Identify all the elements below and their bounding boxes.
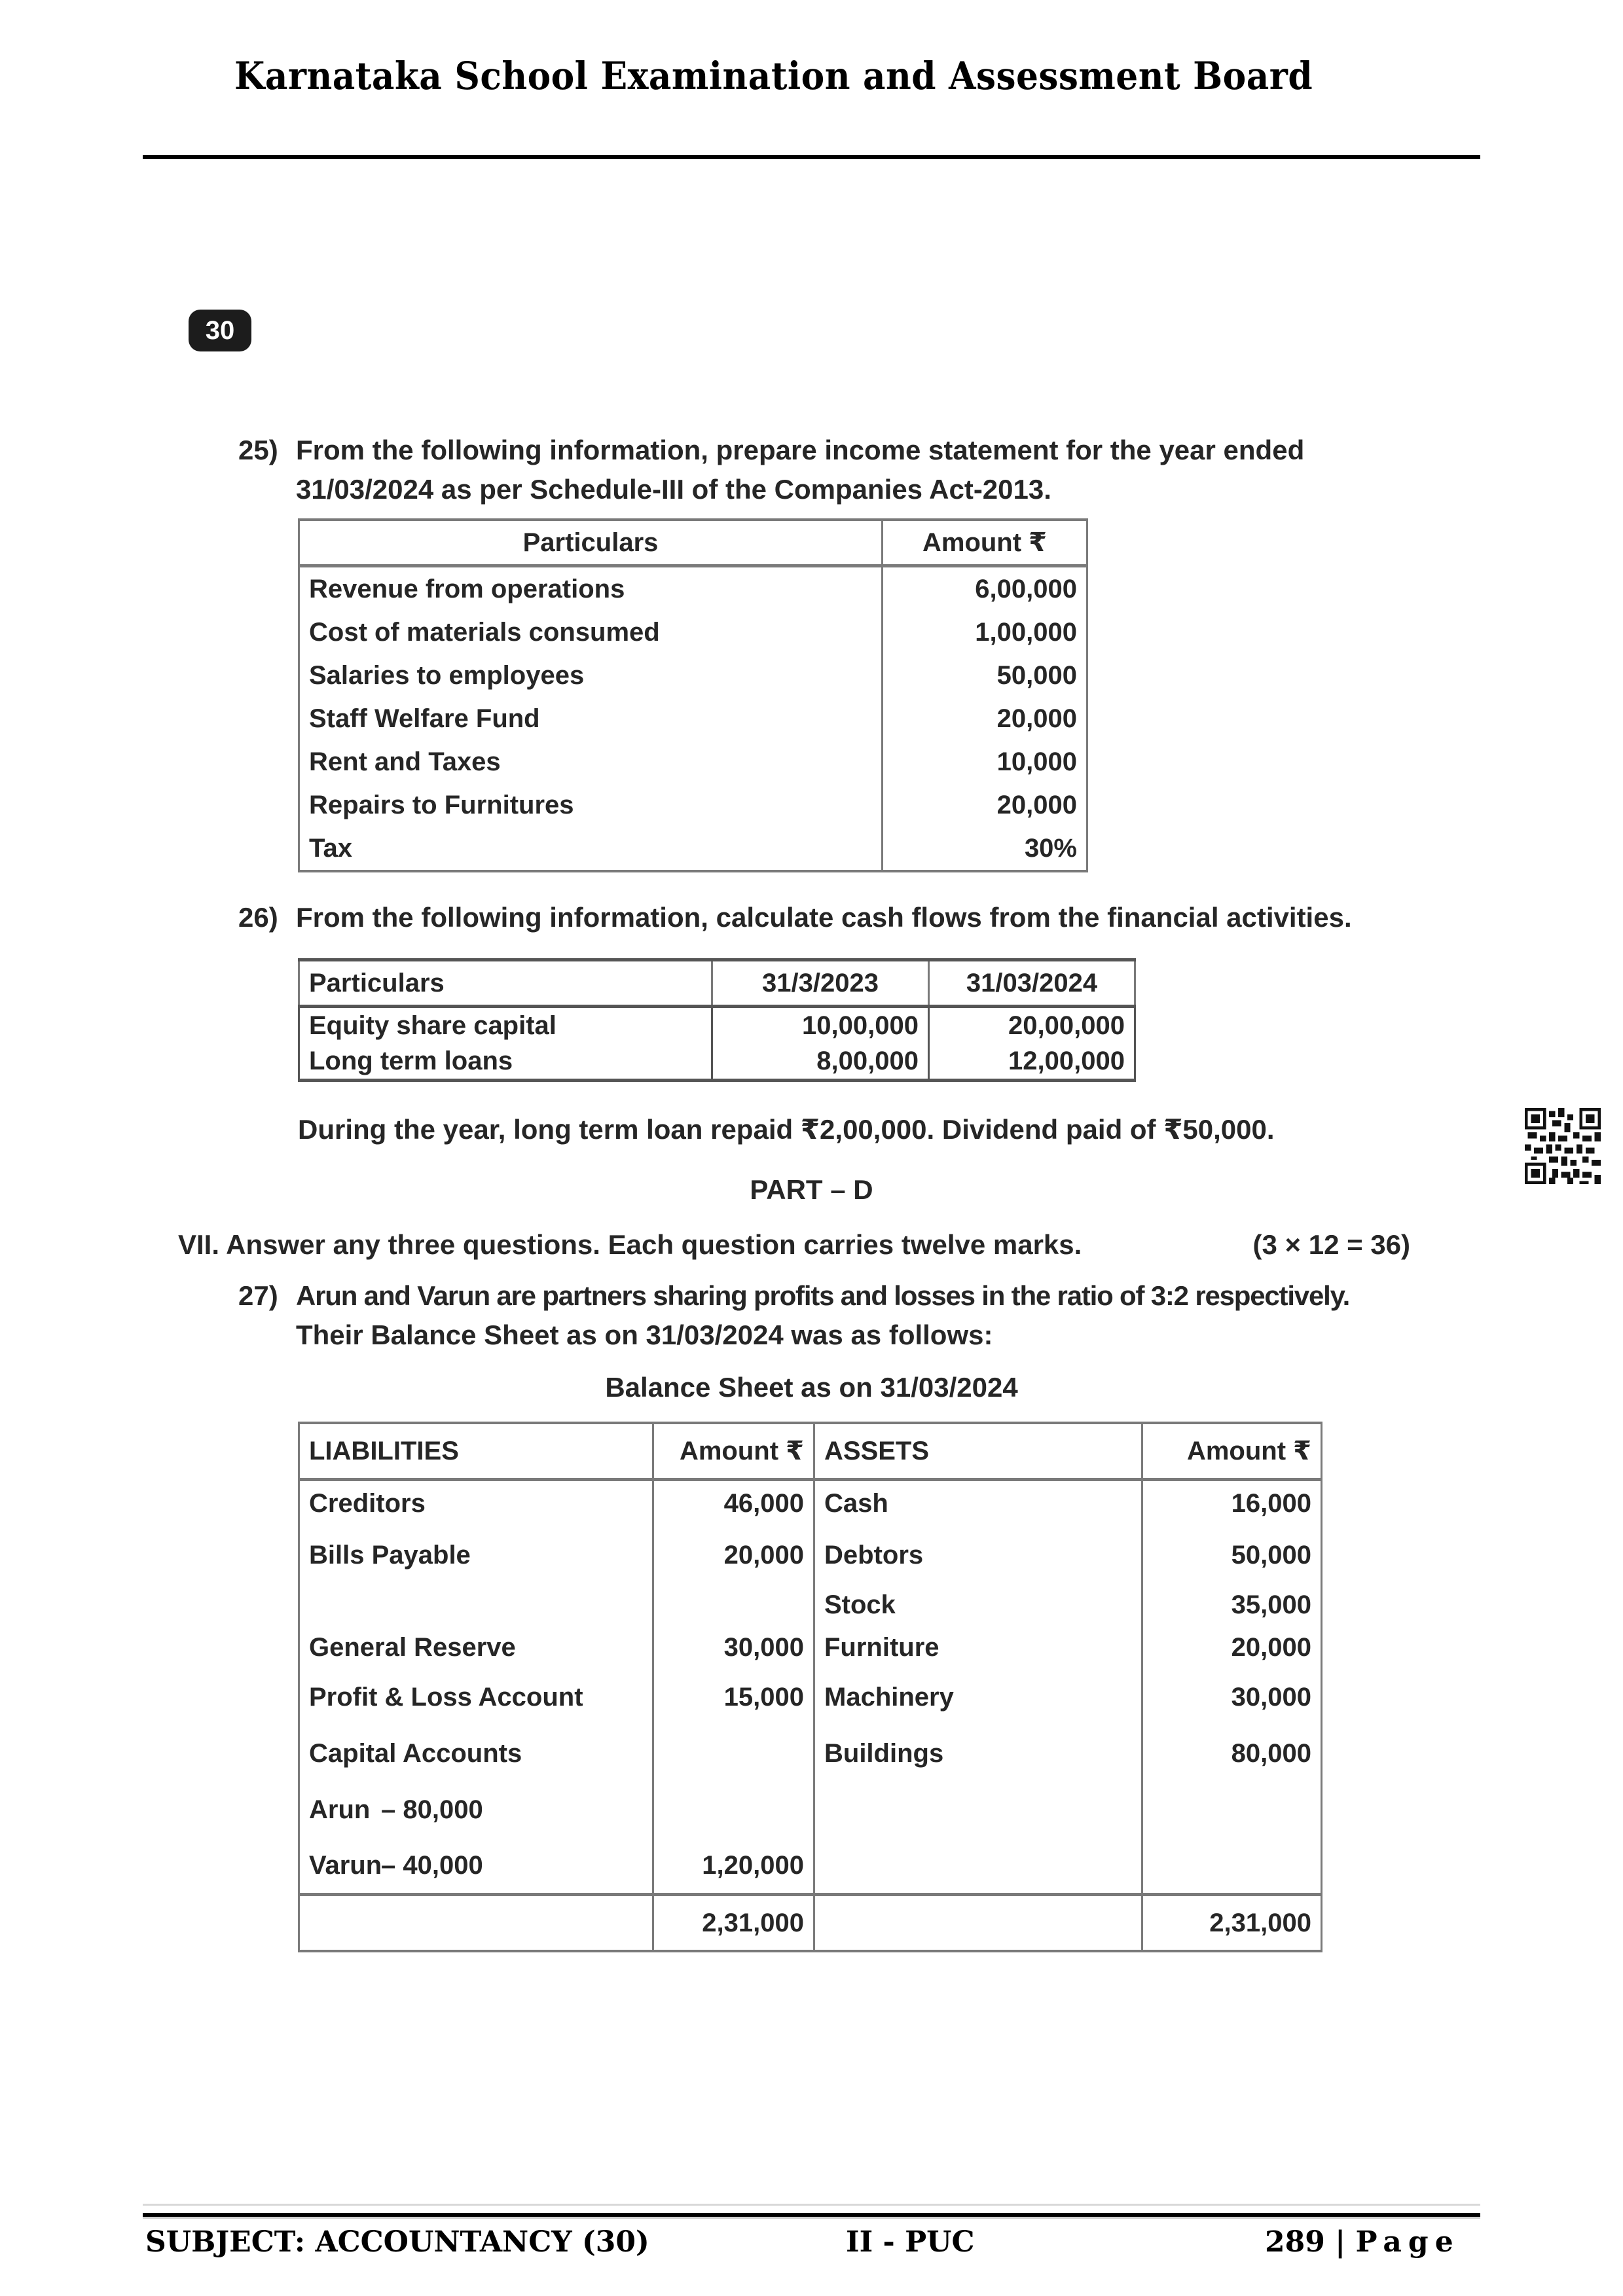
question-number: 27) (238, 1276, 296, 1316)
asset-amount-cell (1142, 1782, 1322, 1839)
particulars-cell: Equity share capital (299, 1007, 712, 1044)
table-row: Tax30% (299, 827, 1087, 871)
partner-row: Varun– 40,0001,20,000 (299, 1839, 1322, 1895)
instruction-emphasis: twelve (902, 1229, 985, 1260)
question-text: From the following information, calculat… (296, 902, 1352, 933)
partner-name: Varun (309, 1851, 381, 1880)
amount-cell: 30% (883, 827, 1087, 871)
instruction-text: marks. (985, 1229, 1082, 1260)
instruction-text: questions. Each question carries (455, 1229, 902, 1260)
header-divider (143, 155, 1480, 159)
total-cell: 2,31,000 (653, 1895, 814, 1952)
question-26: 26)From the following information, calcu… (238, 898, 1352, 937)
liability-cell: Bills Payable (299, 1527, 653, 1585)
asset-amount-cell: 16,000 (1142, 1480, 1322, 1527)
footer-divider-thin (143, 2204, 1480, 2206)
total-cell (299, 1895, 653, 1952)
partner-name: Arun (309, 1795, 381, 1825)
liability-cell: Creditors (299, 1480, 653, 1527)
table-header-row: LIABILITIES Amount ₹ ASSETS Amount ₹ (299, 1423, 1322, 1480)
total-cell (814, 1895, 1142, 1952)
liability-cell: Capital Accounts (299, 1726, 653, 1782)
page-separator: | (1325, 2225, 1356, 2259)
instruction-emphasis: three (388, 1229, 456, 1260)
table-row: Stock35,000 (299, 1585, 1322, 1626)
table-row: Equity share capital10,00,00020,00,000 (299, 1007, 1135, 1044)
asset-amount-cell: 80,000 (1142, 1726, 1322, 1782)
liability-amount-cell: 15,000 (653, 1670, 814, 1726)
column-header-2024: 31/03/2024 (929, 960, 1135, 1007)
partner-capital: – 80,000 (381, 1795, 483, 1824)
total-cell: 2,31,000 (1142, 1895, 1322, 1952)
table-row: General Reserve30,000Furniture20,000 (299, 1626, 1322, 1670)
liability-amount-cell: 1,20,000 (653, 1839, 814, 1895)
asset-cell: Cash (814, 1480, 1142, 1527)
page-number: 289 (1265, 2225, 1325, 2259)
table-header-row: Particulars Amount ₹ (299, 520, 1087, 566)
amount-2023-cell: 10,00,000 (712, 1007, 929, 1044)
amount-cell: 1,00,000 (883, 611, 1087, 654)
liability-amount-cell (653, 1585, 814, 1626)
table-row: Revenue from operations6,00,000 (299, 566, 1087, 611)
income-data-table: Particulars Amount ₹ Revenue from operat… (298, 518, 1088, 872)
question-26-note: During the year, long term loan repaid ₹… (298, 1110, 1275, 1149)
asset-amount-cell: 35,000 (1142, 1585, 1322, 1626)
liability-cell: Profit & Loss Account (299, 1670, 653, 1726)
cash-flow-data-table: Particulars 31/3/2023 31/03/2024 Equity … (298, 958, 1136, 1082)
column-header-particulars: Particulars (299, 960, 712, 1007)
question-text-line2: 31/03/2024 as per Schedule-III of the Co… (238, 470, 1410, 509)
column-header-liabilities: LIABILITIES (299, 1423, 653, 1480)
column-header-liabilities-amount: Amount ₹ (653, 1423, 814, 1480)
asset-amount-cell (1142, 1839, 1322, 1895)
particulars-cell: Long term loans (299, 1043, 712, 1081)
table-row: Capital AccountsBuildings80,000 (299, 1726, 1322, 1782)
column-header-amount: Amount ₹ (883, 520, 1087, 566)
column-header-assets: ASSETS (814, 1423, 1142, 1480)
footer-divider-shadow (143, 2217, 1480, 2219)
partner-capital-cell: Varun– 40,000 (299, 1839, 653, 1895)
liability-amount-cell: 20,000 (653, 1527, 814, 1585)
asset-cell: Debtors (814, 1527, 1142, 1585)
particulars-cell: Revenue from operations (299, 566, 883, 611)
asset-cell: Buildings (814, 1726, 1142, 1782)
liability-cell (299, 1585, 653, 1626)
section-instruction: VII. Answer any three questions. Each qu… (178, 1225, 1410, 1265)
amount-cell: 20,000 (883, 697, 1087, 740)
asset-amount-cell: 20,000 (1142, 1626, 1322, 1670)
amount-2024-cell: 12,00,000 (929, 1043, 1135, 1081)
asset-amount-cell: 50,000 (1142, 1527, 1322, 1585)
particulars-cell: Cost of materials consumed (299, 611, 883, 654)
asset-cell: Machinery (814, 1670, 1142, 1726)
asset-cell: Furniture (814, 1626, 1142, 1670)
amount-cell: 10,000 (883, 740, 1087, 783)
liability-amount-cell: 46,000 (653, 1480, 814, 1527)
asset-cell (814, 1839, 1142, 1895)
amount-cell: 50,000 (883, 654, 1087, 697)
question-text: Arun and Varun are partners sharing prof… (296, 1280, 1349, 1311)
question-number: 25) (238, 431, 296, 470)
amount-2024-cell: 20,00,000 (929, 1007, 1135, 1044)
balance-sheet-title: Balance Sheet as on 31/03/2024 (0, 1368, 1623, 1407)
question-number: 26) (238, 898, 296, 937)
table-row: Staff Welfare Fund20,000 (299, 697, 1087, 740)
footer-page-number: 289 | Page (1265, 2225, 1460, 2259)
table-header-row: Particulars 31/3/2023 31/03/2024 (299, 960, 1135, 1007)
table-row: Long term loans8,00,00012,00,000 (299, 1043, 1135, 1081)
asset-cell (814, 1782, 1142, 1839)
footer-class: II - PUC (846, 2225, 975, 2259)
question-text: From the following information, prepare … (296, 435, 1304, 465)
partner-row: Arun– 80,000 (299, 1782, 1322, 1839)
amount-cell: 20,000 (883, 783, 1087, 827)
qr-code-icon (1523, 1108, 1602, 1184)
liability-cell: General Reserve (299, 1626, 653, 1670)
table-row: Cost of materials consumed1,00,000 (299, 611, 1087, 654)
instruction-text: VII. Answer any (178, 1229, 388, 1260)
marks-allocation: (3 × 12 = 36) (1253, 1225, 1411, 1265)
particulars-cell: Tax (299, 827, 883, 871)
page-label: Page (1356, 2225, 1460, 2259)
column-header-assets-amount: Amount ₹ (1142, 1423, 1322, 1480)
section-title: PART – D (0, 1170, 1623, 1210)
header-title: Karnataka School Examination and Assessm… (234, 54, 1313, 98)
question-27: 27)Arun and Varun are partners sharing p… (238, 1276, 1349, 1355)
particulars-cell: Salaries to employees (299, 654, 883, 697)
table-row: Rent and Taxes10,000 (299, 740, 1087, 783)
asset-cell: Stock (814, 1585, 1142, 1626)
amount-cell: 6,00,000 (883, 566, 1087, 611)
footer-subject: SUBJECT: ACCOUNTANCY (30) (145, 2225, 649, 2259)
liability-amount-cell (653, 1726, 814, 1782)
table-row: Creditors46,000Cash16,000 (299, 1480, 1322, 1527)
table-row: Profit & Loss Account15,000Machinery30,0… (299, 1670, 1322, 1726)
question-text-line2: Their Balance Sheet as on 31/03/2024 was… (238, 1316, 1349, 1355)
table-row: Bills Payable20,000Debtors50,000 (299, 1527, 1322, 1585)
table-row: Repairs to Furnitures20,000 (299, 783, 1087, 827)
particulars-cell: Repairs to Furnitures (299, 783, 883, 827)
column-header-2023: 31/3/2023 (712, 960, 929, 1007)
table-row: Salaries to employees50,000 (299, 654, 1087, 697)
partner-capital: – 40,000 (381, 1851, 483, 1880)
particulars-cell: Rent and Taxes (299, 740, 883, 783)
liability-amount-cell: 30,000 (653, 1626, 814, 1670)
liability-amount-cell (653, 1782, 814, 1839)
page-badge: 30 (189, 310, 251, 351)
question-25: 25)From the following information, prepa… (238, 431, 1410, 509)
particulars-cell: Staff Welfare Fund (299, 697, 883, 740)
balance-sheet-table: LIABILITIES Amount ₹ ASSETS Amount ₹ Cre… (298, 1422, 1322, 1952)
amount-2023-cell: 8,00,000 (712, 1043, 929, 1081)
totals-row: 2,31,0002,31,000 (299, 1895, 1322, 1952)
partner-capital-cell: Arun– 80,000 (299, 1782, 653, 1839)
asset-amount-cell: 30,000 (1142, 1670, 1322, 1726)
column-header-particulars: Particulars (299, 520, 883, 566)
